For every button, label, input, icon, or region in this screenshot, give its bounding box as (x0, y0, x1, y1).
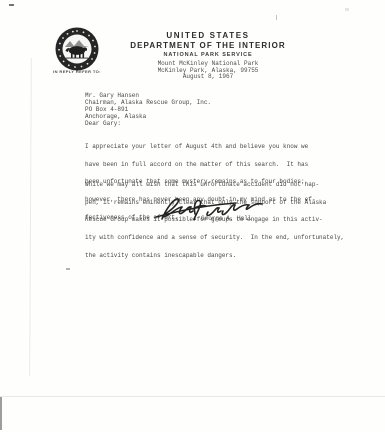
recipient-city: Anchorage, Alaska (85, 113, 211, 120)
scanned-letter-page: IN REPLY REFER TO: UNITED STATES DEPARTM… (0, 0, 385, 432)
body-line: While we may all wish that this unfortun… (85, 182, 344, 188)
recipient-address-block: Mr. Gary Hansen Chairman, Alaska Rescue … (85, 92, 211, 120)
letter-date: August 8, 1967 (100, 73, 316, 80)
scan-speck (345, 8, 349, 11)
body-line: have been in full accord on the matter o… (85, 162, 315, 168)
scan-edge-mark-bottom-left (0, 397, 2, 430)
body-line: I appreciate your letter of August 4th a… (85, 144, 315, 150)
scan-fold-line-horizontal (0, 396, 385, 397)
interior-department-seal-icon (54, 26, 100, 72)
recipient-po-box: PO Box 4-891 (85, 106, 211, 113)
scan-speck (66, 268, 70, 270)
scan-speck (276, 15, 277, 20)
typed-signature-name: George A. Hall (201, 215, 251, 222)
scan-speck-top-left (9, 4, 14, 6)
letterhead-station-line1: Mount McKinley National Park (100, 60, 316, 67)
body-line: the activity contains inescapable danger… (85, 253, 344, 259)
scan-edge-line-vertical (29, 58, 32, 376)
recipient-name: Mr. Gary Hansen (85, 92, 211, 99)
body-line: ity with confidence and a sense of secur… (85, 235, 344, 241)
letterhead: UNITED STATES DEPARTMENT OF THE INTERIOR… (100, 31, 316, 74)
recipient-title: Chairman, Alaska Rescue Group, Inc. (85, 99, 211, 106)
letterhead-agency: NATIONAL PARK SERVICE (100, 52, 316, 58)
letterhead-united-states: UNITED STATES (100, 31, 316, 40)
letterhead-department: DEPARTMENT OF THE INTERIOR (100, 41, 316, 50)
salutation: Dear Gary: (85, 120, 121, 127)
